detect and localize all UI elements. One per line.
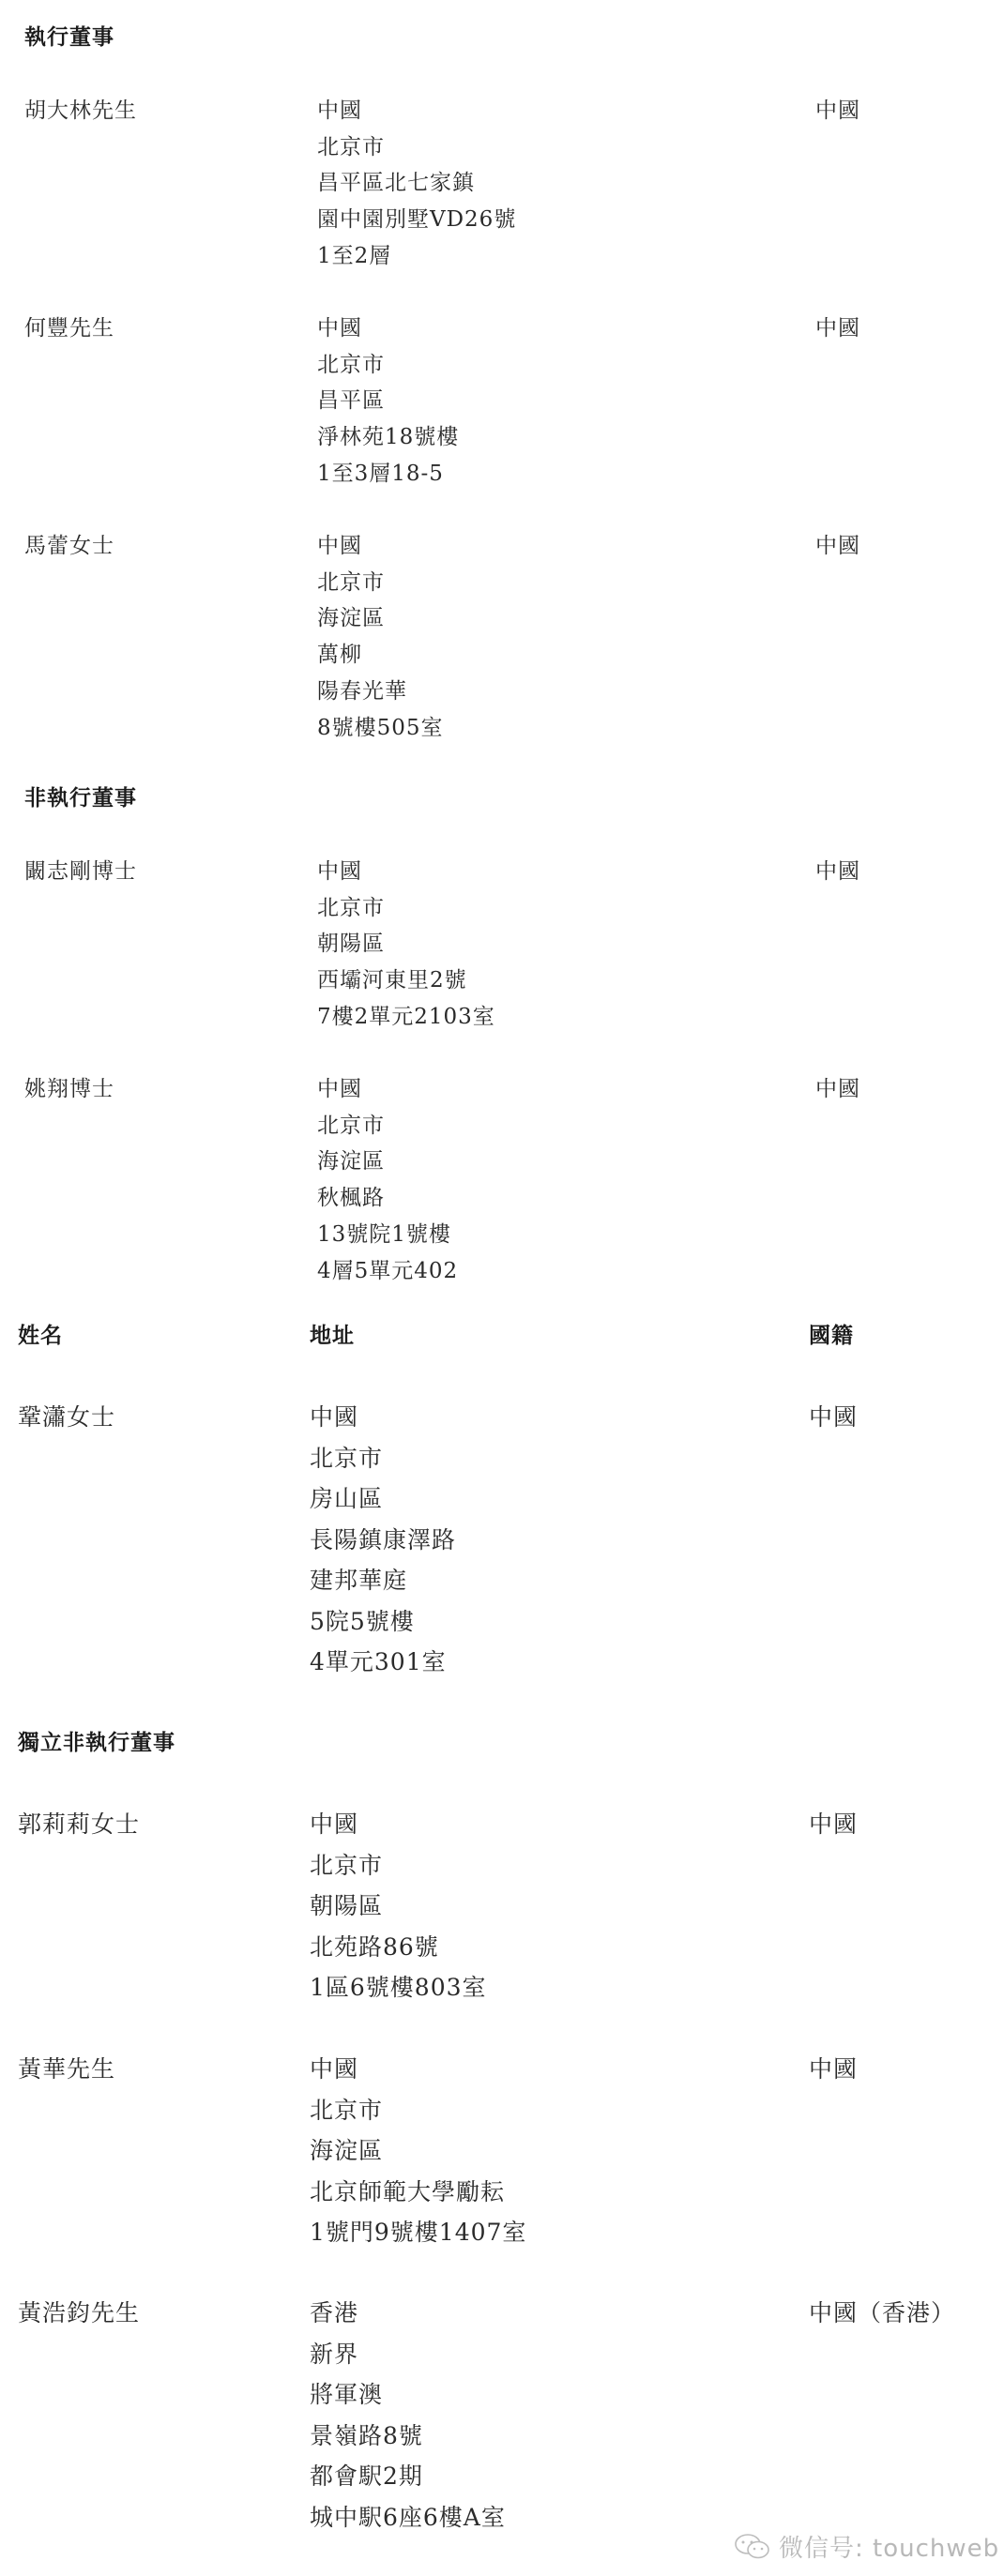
director-name: 郭莉莉女士 xyxy=(18,1806,140,1840)
address-line: 4層5單元402 xyxy=(317,1253,458,1284)
address-line: 昌平區北七家鎮 xyxy=(317,165,475,196)
address-line: 香港 xyxy=(310,2295,358,2328)
director-name: 鞏瀟女士 xyxy=(18,1399,115,1432)
address-line: 中國 xyxy=(310,1399,358,1432)
section-heading: 獨立非執行董事 xyxy=(18,1725,175,1756)
section-heading: 非執行董事 xyxy=(24,780,137,811)
director-nationality: 中國 xyxy=(815,854,860,885)
address-line: 中國 xyxy=(317,854,362,885)
address-line: 中國 xyxy=(317,528,362,559)
director-nationality: 中國 xyxy=(815,93,860,124)
director-nationality: 中國 xyxy=(809,1399,858,1432)
director-name: 闞志剛博士 xyxy=(24,854,137,885)
address-line: 建邦華庭 xyxy=(310,1562,407,1596)
address-line: 園中園別墅VD26號 xyxy=(317,202,516,233)
director-name: 姚翔博士 xyxy=(24,1071,114,1102)
address-line: 西壩河東里2號 xyxy=(317,962,467,993)
address-line: 朝陽區 xyxy=(317,926,385,957)
address-line: 中國 xyxy=(317,1071,362,1102)
address-line: 中國 xyxy=(317,311,362,341)
address-line: 北京市 xyxy=(317,347,385,378)
address-line: 北京市 xyxy=(317,129,385,160)
address-line: 萬柳 xyxy=(317,637,362,668)
address-line: 北京市 xyxy=(317,565,385,596)
address-line: 秋楓路 xyxy=(317,1180,385,1211)
column-header-address: 地址 xyxy=(310,1318,355,1349)
address-line: 海淀區 xyxy=(310,2132,383,2166)
address-line: 朝陽區 xyxy=(310,1887,383,1921)
address-line: 中國 xyxy=(317,93,362,124)
address-line: 1至3層18-5 xyxy=(317,456,444,487)
address-line: 北京市 xyxy=(317,890,385,921)
address-line: 海淀區 xyxy=(317,1144,385,1174)
director-nationality: 中國（香港） xyxy=(809,2295,955,2328)
address-line: 4單元301室 xyxy=(310,1644,447,1677)
wechat-icon xyxy=(734,2532,771,2562)
watermark-text: 微信号: touchweb xyxy=(779,2529,999,2564)
address-line: 1區6號樓803室 xyxy=(310,1969,487,2003)
director-nationality: 中國 xyxy=(815,528,860,559)
address-line: 北京市 xyxy=(310,2092,383,2126)
address-line: 景嶺路8號 xyxy=(310,2417,423,2451)
column-header-name: 姓名 xyxy=(18,1318,63,1349)
address-line: 北京市 xyxy=(310,1440,383,1474)
watermark: 微信号: touchweb xyxy=(734,2529,999,2564)
address-line: 北京市 xyxy=(317,1108,385,1139)
director-name: 黃浩鈞先生 xyxy=(18,2295,140,2328)
column-header-nationality: 國籍 xyxy=(809,1318,854,1349)
address-line: 城中駅6座6樓A室 xyxy=(310,2499,506,2533)
address-line: 中國 xyxy=(310,1806,358,1840)
address-line: 海淀區 xyxy=(317,600,385,631)
address-line: 13號院1號樓 xyxy=(317,1217,451,1248)
address-line: 北京師範大學勵耘 xyxy=(310,2174,505,2207)
address-line: 陽春光華 xyxy=(317,674,407,705)
address-line: 新界 xyxy=(310,2336,358,2370)
address-line: 長陽鎮康澤路 xyxy=(310,1522,456,1555)
address-line: 北京市 xyxy=(310,1847,383,1881)
address-line: 中國 xyxy=(310,2051,358,2084)
address-line: 都會駅2期 xyxy=(310,2458,423,2492)
address-line: 昌平區 xyxy=(317,383,385,414)
address-line: 將軍澳 xyxy=(310,2376,383,2410)
address-line: 1號門9號樓1407室 xyxy=(310,2214,526,2248)
director-name: 馬蕾女士 xyxy=(24,528,114,559)
address-line: 北苑路86號 xyxy=(310,1929,439,1962)
address-line: 淨林苑18號樓 xyxy=(317,419,459,450)
director-name: 何豐先生 xyxy=(24,311,114,341)
director-name: 黃華先生 xyxy=(18,2051,115,2084)
address-line: 8號樓505室 xyxy=(317,710,444,741)
director-nationality: 中國 xyxy=(815,1071,860,1102)
address-line: 5院5號樓 xyxy=(310,1603,415,1637)
director-name: 胡大林先生 xyxy=(24,93,137,124)
section-heading: 執行董事 xyxy=(24,20,114,51)
address-line: 房山區 xyxy=(310,1480,383,1514)
director-nationality: 中國 xyxy=(809,2051,858,2084)
address-line: 7樓2單元2103室 xyxy=(317,999,495,1030)
director-nationality: 中國 xyxy=(815,311,860,341)
address-line: 1至2層 xyxy=(317,238,391,269)
director-nationality: 中國 xyxy=(809,1806,858,1840)
